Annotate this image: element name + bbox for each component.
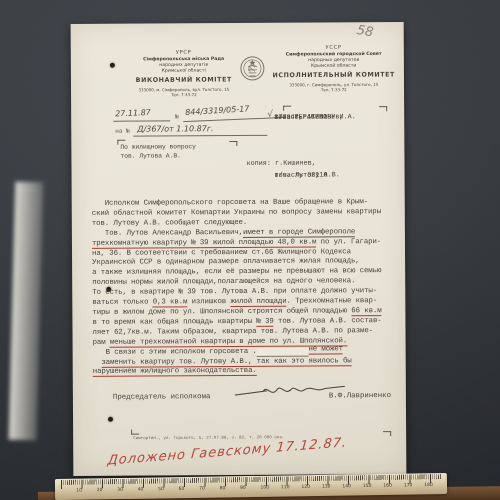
letterhead-org-lines: Сімферопольська міська Раданародних депу… <box>119 55 249 73</box>
body-segment: заменить квартиру тов. Лутову А.В., так … <box>101 357 351 368</box>
corner-mark <box>131 430 139 435</box>
body-segment: а также излишняя площадь, если её размер… <box>92 267 381 277</box>
letterhead-org-line: Кримської області <box>119 67 249 74</box>
body-segment: 66 кв.м <box>351 307 381 316</box>
letter-body: Исполком Симферопольского горсовета на В… <box>92 198 393 378</box>
ruler-number: 120 <box>301 484 310 489</box>
ruled-line <box>113 120 170 121</box>
body-segment: половины нормы жилой площади,полагающейс… <box>92 278 355 288</box>
body-segment <box>93 358 102 366</box>
document-page: 58 УРСР Сімферопольська міська Раданарод… <box>71 22 407 476</box>
corner-mark <box>283 106 291 111</box>
signature-title: Председатель исполкома <box>113 393 211 402</box>
body-segment: ляет 62,7кв.м. Таким образом, квартира т… <box>92 327 373 337</box>
ruler-number: 110 <box>281 484 290 489</box>
body-segment: № 39 <box>256 318 273 327</box>
subject-note: По жилищному вопросу тов. Лутова А.В. <box>120 142 196 160</box>
letterhead-committee: ВИКОНАВЧИЙ КОМІТЕТ <box>119 76 249 85</box>
ruler-number: 60 <box>179 486 185 491</box>
ruler-number: 40 <box>138 487 144 492</box>
body-segment: 0,3 кв.м <box>153 298 188 307</box>
photo-of-document: 58 УРСР Сімферопольська міська Раданарод… <box>0 0 500 500</box>
letterhead-phone: Тел. 7-33-72 <box>119 93 249 99</box>
body-segment: на, 36. В соответствии с требованием ст.… <box>92 248 351 258</box>
letterhead-org-line: Крымской области <box>269 62 399 69</box>
body-segment: нарушением жилищного законодательства. <box>93 367 257 377</box>
body-segment: не может <box>308 345 343 354</box>
body-segment: . Трехкомнатные квар- <box>287 297 378 306</box>
body-segment: в то время как общая площадь квартиры <box>92 318 256 327</box>
copy-label: копия: г.Кишинев, <box>246 160 315 168</box>
body-segment: жилой площади <box>230 298 286 307</box>
body-segment: Украинской ССР в одинарном размере оплач… <box>92 258 360 268</box>
ruler-number: 140 <box>342 483 351 488</box>
body-segment: Тов. Лутов Александр Васильевич, <box>105 229 243 238</box>
ruler-number: 170 <box>404 482 413 487</box>
letterhead-ukrainian: УРСР Сімферопольська міська Раданародних… <box>119 49 249 99</box>
body-segment <box>257 347 309 356</box>
letterhead-org-lines: Симферопольский городской Советнародных … <box>269 50 399 68</box>
body-segment: по ул. Гагари- <box>316 238 381 246</box>
body-segment: трехкомнатную квартиру № 39 жилой площад… <box>92 238 316 248</box>
signature-name: В.Ф.Лавриненко <box>329 392 391 400</box>
handwritten-outgoing-number: 844/3319/05-17 <box>185 104 250 117</box>
copy-line: тов. Лутову А.В. <box>275 170 340 182</box>
punch-hole <box>110 63 115 68</box>
reply-to-label: на № <box>115 128 129 135</box>
body-segment: тов. Лутову А.В. сообщает следующее. <box>92 219 247 228</box>
body-segment: ский областной комитет Компартии Украины… <box>92 208 381 218</box>
ruler-number: 30 <box>117 487 123 492</box>
ruler-number: 150 <box>363 483 372 488</box>
page-number: 58 <box>356 23 375 41</box>
state-emblem-icon <box>239 55 266 82</box>
handwritten-reply-number: Д/367/от 1.10.87г. <box>137 124 213 133</box>
body-segment: То есть, в квартире № 39 тов. Лутова А.В… <box>92 287 377 297</box>
body-segment: тов. Лутова А.В. состав- <box>274 317 382 326</box>
ruler-number: 10 <box>76 488 82 493</box>
ruler-number: 20 <box>97 487 103 492</box>
ruled-line <box>133 135 267 137</box>
corner-mark <box>379 106 387 111</box>
body-segment: тиры в жилом доме по ул. Шполянской стро… <box>92 307 351 317</box>
body-segment: излишков <box>187 298 230 306</box>
punch-hole <box>108 417 113 422</box>
body-line: нарушением жилищного законодательства. <box>93 366 393 378</box>
body-segment: имеет в городе Симферополе <box>243 228 355 238</box>
handwritten-date: 27.11.87 <box>115 108 151 118</box>
letterhead-committee: ИСПОЛНИТЕЛЬНЫЙ КОМИТЕТ <box>269 71 399 80</box>
body-segment: рам <box>93 338 110 346</box>
body-segment: В связи с этим исполком горсовета . <box>106 347 257 356</box>
checkmark: √ <box>267 110 273 120</box>
letterhead-russian: УССР Симферопольский городской Советнаро… <box>269 44 399 94</box>
ruler-number: 180 <box>424 482 433 487</box>
body-segment: Исполком Симферопольского горсовета на В… <box>105 198 368 208</box>
corner-mark <box>229 141 237 146</box>
ruler-number: 80 <box>220 485 226 490</box>
ruler-number: 50 <box>158 486 164 491</box>
ruler-number: 100 <box>260 485 269 490</box>
number-label: № <box>175 113 179 120</box>
adjacent-paper-edge <box>9 182 44 441</box>
ruler-number: 160 <box>383 483 392 488</box>
ruler-number: 130 <box>322 484 331 489</box>
letterhead-phone: Тел. 7-33-72 <box>269 88 399 94</box>
ruler-number: 70 <box>199 486 205 491</box>
recipient-line: тов. ГЕРАСИМОВУ И.А. <box>274 112 356 124</box>
ruler-number: 90 <box>240 485 246 490</box>
body-segment: ваться только <box>92 299 152 307</box>
